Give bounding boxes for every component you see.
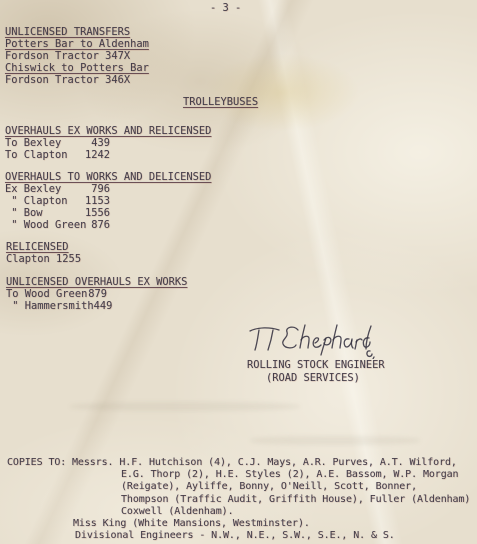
ghost-impression xyxy=(250,436,420,445)
vehicle-line: Fordson Tractor 346X xyxy=(5,74,149,86)
stat-row: " Wood Green 876 xyxy=(5,219,110,231)
section-heading: OVERHAULS TO WORKS AND DELICENSED xyxy=(5,171,211,183)
row-label: To Clapton xyxy=(5,149,68,161)
page-number: - 3 - xyxy=(210,2,241,14)
section-heading: UNLICENSED OVERHAULS EX WORKS xyxy=(6,276,187,288)
stat-row: " Bow 1556 xyxy=(5,207,110,219)
row-value: 876 xyxy=(91,219,110,231)
copies-line: E.G. Thorp (2), H.E. Styles (2), A.E. Ba… xyxy=(121,469,458,481)
section-overhauls-ex-works-relicensed: OVERHAULS EX WORKS AND RELICENSED To Bex… xyxy=(5,125,211,161)
scanned-letter-page: - 3 - UNLICENSED TRANSFERS Potters Bar t… xyxy=(0,0,477,544)
row-value: 879 xyxy=(88,288,107,300)
section-unlicensed-transfers: UNLICENSED TRANSFERS Potters Bar to Alde… xyxy=(5,26,149,86)
trolleybuses-heading: TROLLEYBUSES xyxy=(183,96,258,108)
copies-line: Coxwell (Aldenham). xyxy=(121,506,234,518)
row-label: " Bow xyxy=(5,207,43,219)
signature-handwriting-icon xyxy=(246,323,378,359)
copies-label: COPIES TO: xyxy=(7,457,66,469)
section-overhauls-to-works-delicensed: OVERHAULS TO WORKS AND DELICENSED Ex Bex… xyxy=(5,171,211,231)
row-value: 1556 xyxy=(85,207,110,219)
copies-line: Miss King (White Mansions, Westminster). xyxy=(73,518,310,530)
row-label: " Hammersmith xyxy=(6,300,94,312)
row-label: " Clapton xyxy=(5,195,68,207)
copies-line: (Reigate), Ayliffe, Bonny, O'Neill, Scot… xyxy=(121,481,417,493)
stat-row: " Hammersmith 449 xyxy=(6,300,107,312)
row-value: 1242 xyxy=(85,149,110,161)
copies-line: Messrs. H.F. Hutchison (4), C.J. Mays, A… xyxy=(72,457,457,469)
stat-row: To Clapton 1242 xyxy=(5,149,110,161)
route-line: Potters Bar to Aldenham xyxy=(5,38,149,50)
row-value: 449 xyxy=(94,300,113,312)
section-heading: OVERHAULS EX WORKS AND RELICENSED xyxy=(5,125,211,137)
signatory-role: ROLLING STOCK ENGINEER xyxy=(247,359,385,371)
vehicle-line: Fordson Tractor 347X xyxy=(5,50,149,62)
row-value: 439 xyxy=(91,137,110,149)
row-label: " Wood Green xyxy=(5,219,86,231)
stat-row: Clapton 1255 xyxy=(6,253,81,265)
row-label: Ex Bexley xyxy=(5,183,61,195)
row-value: 1153 xyxy=(85,195,110,207)
section-heading: UNLICENSED TRANSFERS xyxy=(5,26,149,38)
signatory-role-dept: (ROAD SERVICES) xyxy=(266,372,360,384)
copies-line: Thompson (Traffic Audit, Griffith House)… xyxy=(121,494,470,506)
row-value: 796 xyxy=(91,183,110,195)
section-relicensed: RELICENSED Clapton 1255 xyxy=(6,241,81,265)
row-label: To Wood Green xyxy=(6,288,87,300)
copies-line: Divisional Engineers - N.W., N.E., S.W.,… xyxy=(75,530,395,542)
stat-row: To Wood Green 879 xyxy=(6,288,107,300)
route-line: Chiswick to Potters Bar xyxy=(5,62,149,74)
stat-row: To Bexley 439 xyxy=(5,137,110,149)
stat-row: Ex Bexley 796 xyxy=(5,183,110,195)
row-label: To Bexley xyxy=(5,137,61,149)
section-heading: RELICENSED xyxy=(6,241,81,253)
stat-row: " Clapton 1153 xyxy=(5,195,110,207)
section-unlicensed-overhauls-ex-works: UNLICENSED OVERHAULS EX WORKS To Wood Gr… xyxy=(6,276,187,312)
ghost-impression xyxy=(70,402,300,411)
